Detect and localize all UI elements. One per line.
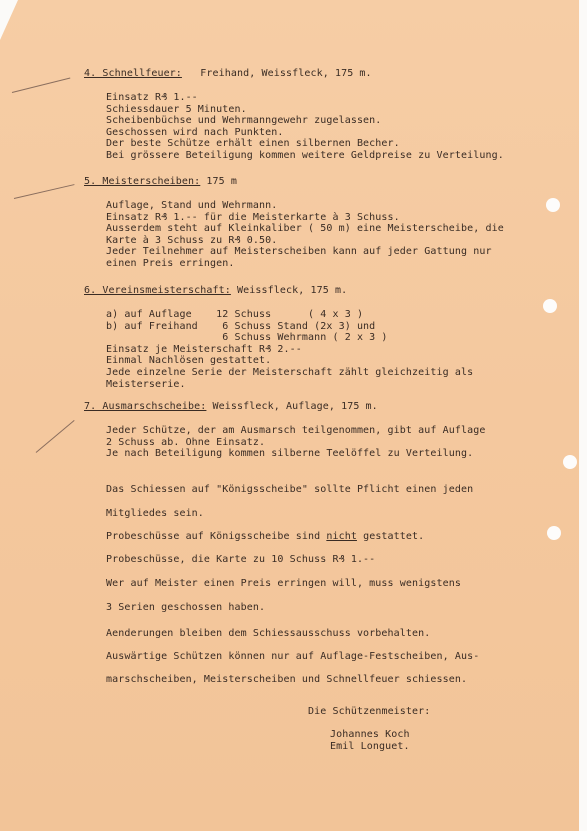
- section-line: Schiessdauer 5 Minuten.: [106, 104, 247, 116]
- section-heading: 4. Schnellfeuer: Freihand, Weissfleck, 1…: [84, 68, 372, 80]
- text: Das Schiessen auf "Königsscheibe" sollte…: [106, 484, 473, 495]
- section-line: Jeder Schütze, der am Ausmarsch teilgeno…: [106, 425, 485, 437]
- section-line: Der beste Schütze erhält einen silbernen…: [106, 138, 400, 150]
- punch-hole: [543, 299, 557, 313]
- text: Je nach Beteiligung kommen silberne Teel…: [106, 448, 473, 459]
- section-line: Einsatz je Meisterschaft R₰ 2.--: [106, 344, 302, 356]
- text: Jede einzelne Serie der Meisterschaft zä…: [106, 367, 473, 378]
- section-line: 6 Schuss Wehrmann ( 2 x 3 ): [106, 332, 388, 344]
- text: Jeder Teilnehmer auf Meisterscheiben kan…: [106, 246, 492, 257]
- section-line: Auflage, Stand und Wehrmann.: [106, 200, 277, 212]
- text: Aenderungen bleiben dem Schiessausschuss…: [106, 628, 430, 639]
- text: Der beste Schütze erhält einen silbernen…: [106, 138, 400, 149]
- text: Johannes Koch: [330, 729, 410, 740]
- section-line: einen Preis erringen.: [106, 258, 235, 270]
- section-line: Karte à 3 Schuss zu R₰ 0.50.: [106, 235, 277, 247]
- text: a) auf Auflage 12 Schuss ( 4 x 3 ): [106, 309, 363, 320]
- punch-hole: [547, 526, 561, 540]
- text: Einsatz R₰ 1.-- für die Meisterkarte à 3…: [106, 212, 400, 223]
- text: Geschossen wird nach Punkten.: [106, 127, 284, 138]
- paper-edge: [579, 0, 587, 831]
- rule-line: Auswärtige Schützen können nur auf Aufla…: [106, 651, 479, 663]
- section-line: Einsatz R₰ 1.--: [106, 92, 198, 104]
- section-line: 2 Schuss ab. Ohne Einsatz.: [106, 437, 265, 449]
- signature-name: Johannes Koch: [330, 729, 410, 741]
- text: Wer auf Meister einen Preis erringen wil…: [106, 578, 461, 589]
- rule-line: marschscheiben, Meisterscheiben und Schn…: [106, 674, 467, 686]
- signature-name: Emil Longuet.: [330, 741, 410, 753]
- text: Mitgliedes sein.: [106, 508, 204, 519]
- section-subtitle: Weissfleck, Auflage, 175 m.: [206, 401, 377, 412]
- section-title: 7. Ausmarschscheibe:: [84, 401, 206, 412]
- text: 6 Schuss Wehrmann ( 2 x 3 ): [106, 332, 388, 343]
- text: gestattet.: [357, 531, 424, 542]
- text: Ausserdem steht auf Kleinkaliber ( 50 m)…: [106, 223, 504, 234]
- text: Einsatz je Meisterschaft R₰ 2.--: [106, 344, 302, 355]
- section-heading: 7. Ausmarschscheibe: Weissfleck, Auflage…: [84, 401, 378, 413]
- text: Einmal Nachlösen gestattet.: [106, 355, 271, 366]
- section-subtitle: 175 m: [200, 176, 237, 187]
- text: Die Schützenmeister:: [308, 706, 430, 717]
- text: b) auf Freihand 6 Schuss Stand (2x 3) un…: [106, 321, 375, 332]
- text: Scheibenbüchse und Wehrmanngewehr zugela…: [106, 115, 381, 126]
- rule-line: Probeschüsse, die Karte zu 10 Schuss R₰ …: [106, 554, 375, 566]
- section-subtitle: Weissfleck, 175 m.: [231, 285, 347, 296]
- section-line: Meisterserie.: [106, 379, 186, 391]
- text: Auswärtige Schützen können nur auf Aufla…: [106, 651, 479, 662]
- text: Schiessdauer 5 Minuten.: [106, 104, 247, 115]
- text: einen Preis erringen.: [106, 258, 235, 269]
- emphasis: nicht: [326, 531, 357, 542]
- text: Meisterserie.: [106, 379, 186, 390]
- signature-title: Die Schützenmeister:: [308, 706, 430, 718]
- text: Bei grössere Beteiligung kommen weitere …: [106, 150, 504, 161]
- text: 2 Schuss ab. Ohne Einsatz.: [106, 437, 265, 448]
- section-subtitle: Freihand, Weissfleck, 175 m.: [182, 68, 372, 79]
- punch-hole: [546, 198, 560, 212]
- section-line: b) auf Freihand 6 Schuss Stand (2x 3) un…: [106, 321, 375, 333]
- rule-line: Mitgliedes sein.: [106, 508, 204, 520]
- text: Jeder Schütze, der am Ausmarsch teilgeno…: [106, 425, 485, 436]
- text: Emil Longuet.: [330, 741, 410, 752]
- section-title: 6. Vereinsmeisterschaft:: [84, 285, 231, 296]
- punch-hole: [563, 455, 577, 469]
- rule-line: Wer auf Meister einen Preis erringen wil…: [106, 578, 461, 590]
- section-heading: 5. Meisterscheiben: 175 m: [84, 176, 237, 188]
- section-line: Einmal Nachlösen gestattet.: [106, 355, 271, 367]
- text: Einsatz R₰ 1.--: [106, 92, 198, 103]
- section-line: a) auf Auflage 12 Schuss ( 4 x 3 ): [106, 309, 363, 321]
- section-line: Bei grössere Beteiligung kommen weitere …: [106, 150, 504, 162]
- text: 3 Serien geschossen haben.: [106, 602, 265, 613]
- section-line: Jeder Teilnehmer auf Meisterscheiben kan…: [106, 246, 492, 258]
- section-line: Jede einzelne Serie der Meisterschaft zä…: [106, 367, 473, 379]
- section-line: Je nach Beteiligung kommen silberne Teel…: [106, 448, 473, 460]
- rule-line: Aenderungen bleiben dem Schiessausschuss…: [106, 628, 430, 640]
- section-line: Scheibenbüchse und Wehrmanngewehr zugela…: [106, 115, 381, 127]
- section-heading: 6. Vereinsmeisterschaft: Weissfleck, 175…: [84, 285, 347, 297]
- section-title: 5. Meisterscheiben:: [84, 176, 200, 187]
- section-line: Einsatz R₰ 1.-- für die Meisterkarte à 3…: [106, 212, 400, 224]
- text: Probeschüsse, die Karte zu 10 Schuss R₰ …: [106, 554, 375, 565]
- rule-line: 3 Serien geschossen haben.: [106, 602, 265, 614]
- text: Probeschüsse auf Königsscheibe sind: [106, 531, 326, 542]
- rule-line: Probeschüsse auf Königsscheibe sind nich…: [106, 531, 424, 543]
- text: Karte à 3 Schuss zu R₰ 0.50.: [106, 235, 277, 246]
- section-title: 4. Schnellfeuer:: [84, 68, 182, 79]
- section-line: Ausserdem steht auf Kleinkaliber ( 50 m)…: [106, 223, 504, 235]
- rule-line: Das Schiessen auf "Königsscheibe" sollte…: [106, 484, 473, 496]
- section-line: Geschossen wird nach Punkten.: [106, 127, 284, 139]
- text: Auflage, Stand und Wehrmann.: [106, 200, 277, 211]
- text: marschscheiben, Meisterscheiben und Schn…: [106, 674, 467, 685]
